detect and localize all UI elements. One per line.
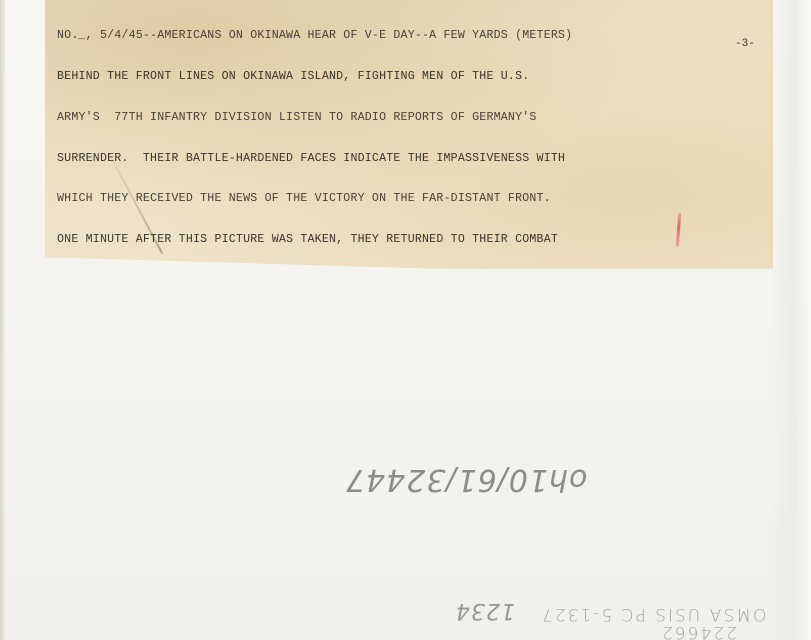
caption-line: JAPANESE TARGET AND FIRING ONE SHELL SIM…	[57, 355, 572, 369]
pencil-agency-code: OMSA USIS PC 5-1327	[540, 604, 766, 624]
pencil-catalog-number: 224662	[660, 622, 737, 640]
caption-line: NO._, 5/4/45--AMERICANS ON OKINAWA HEAR …	[57, 29, 572, 43]
caption-text: NO._, 5/4/45--AMERICANS ON OKINAWA HEAR …	[57, 2, 572, 519]
pencil-inventory-number: 1234	[455, 598, 515, 623]
photo-backing: NO._, 5/4/45--AMERICANS ON OKINAWA HEAR …	[0, 0, 811, 640]
backing-left-edge	[0, 0, 5, 640]
caption-line: NIGHT. OKINAWA IS A STRATEGIC ISLAND IN …	[57, 396, 572, 410]
backing-right-fold	[771, 0, 811, 640]
caption-line: ARMY'S 77TH INFANTRY DIVISION LISTEN TO …	[57, 111, 572, 125]
page-marker: -3-	[735, 38, 755, 50]
caption-line: POSES. OFFICIALLY, HOWEVER, U.S. FORCES …	[57, 274, 572, 288]
caption-line: WHICH THEY RECEIVED THE NEWS OF THE VICT…	[57, 192, 572, 206]
caption-line: BEHIND THE FRONT LINES ON OKINAWA ISLAND…	[57, 70, 572, 84]
caption-line: ONE MINUTE AFTER THIS PICTURE WAS TAKEN,…	[57, 233, 572, 247]
caption-line: OF THE WAR IN EUROPE BY TRAINING EVERY S…	[57, 315, 572, 329]
caption-line: SITUATED 375 MILES (600 KMS.) FROM JAPAN…	[57, 437, 572, 451]
caption-clipping: NO._, 5/4/45--AMERICANS ON OKINAWA HEAR …	[45, 0, 773, 268]
caption-line: SURRENDER. THEIR BATTLE-HARDENED FACES I…	[57, 152, 572, 166]
pencil-reference-number: oh10/61/32447	[345, 462, 587, 497]
